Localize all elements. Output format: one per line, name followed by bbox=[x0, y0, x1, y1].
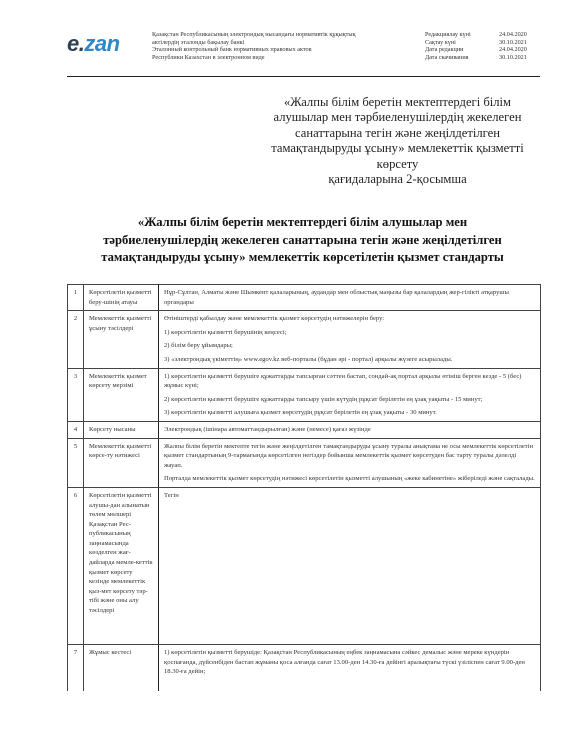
content-paragraph: 2) көрсетілетін қызметті берушіге құжатт… bbox=[164, 395, 535, 405]
table-row: 1Көрсетілетін қызметті беру-шінің атауыН… bbox=[68, 285, 541, 311]
document-header: e.zan Қазақстан Республикасының электрон… bbox=[67, 28, 540, 70]
content-paragraph: 3) көрсетілетін қызметті алушыға қызмет … bbox=[164, 408, 535, 418]
ezan-logo: e.zan bbox=[67, 32, 120, 56]
row-label: Жұмыс кестесі bbox=[84, 644, 159, 691]
content-paragraph: 3) «электрондық үкіметтің» www.egov.kz в… bbox=[164, 355, 535, 365]
date-row: Дата редакции24.04.2020 bbox=[425, 46, 539, 54]
row-content: Нұр-Сұлтан, Алматы және Шымкент қалалары… bbox=[159, 285, 541, 311]
row-content: Тегін bbox=[159, 487, 541, 644]
document-title: «Жалпы білім беретін мектептердегі білім… bbox=[75, 214, 530, 267]
row-number: 2 bbox=[68, 311, 84, 368]
service-standard-table: 1Көрсетілетін қызметті беру-шінің атауыН… bbox=[67, 284, 541, 691]
row-label: Мемлекеттік қызметті ұсыну тәсілдері bbox=[84, 311, 159, 368]
organization-text: Қазақстан Республикасының электрондық ны… bbox=[152, 31, 356, 61]
table-row: 4Көрсету нысаныЭлектрондық (ішінара авто… bbox=[68, 421, 541, 438]
row-label: Көрсету нысаны bbox=[84, 421, 159, 438]
content-paragraph: 1) көрсетілетін қызметті берушінің кеңсе… bbox=[164, 328, 535, 338]
content-paragraph: Тегін bbox=[164, 491, 535, 501]
row-number: 3 bbox=[68, 368, 84, 421]
date-row: Редакциялау күні24.04.2020 bbox=[425, 31, 539, 39]
content-paragraph: Нұр-Сұлтан, Алматы және Шымкент қалалары… bbox=[164, 288, 535, 307]
row-content: Жалпы білім беретін мектепте тегін және … bbox=[159, 438, 541, 487]
row-content: 1) көрсетілетін қызметті берушіде: Қазақ… bbox=[159, 644, 541, 691]
content-paragraph: Электрондық (ішінара автоматтандырылған)… bbox=[164, 425, 535, 435]
document-dates: Редакциялау күні24.04.2020 Сақтау күні30… bbox=[425, 31, 539, 61]
table-row: 2Мемлекеттік қызметті ұсыну тәсілдеріӨті… bbox=[68, 311, 541, 368]
row-number: 6 bbox=[68, 487, 84, 644]
date-row: Сақтау күні30.10.2021 bbox=[425, 39, 539, 47]
row-number: 5 bbox=[68, 438, 84, 487]
table-row: 6Көрсетілетін қызметті алушы-дан алынаты… bbox=[68, 487, 541, 644]
content-paragraph: 2) білім беру ұйымдары; bbox=[164, 341, 535, 351]
header-divider bbox=[67, 76, 540, 77]
content-paragraph: Порталда мемлекеттік қызмет көрсетудің н… bbox=[164, 474, 535, 484]
table-row: 7Жұмыс кестесі1) көрсетілетін қызметті б… bbox=[68, 644, 541, 691]
row-number: 7 bbox=[68, 644, 84, 691]
row-label: Мемлекеттік қызметті көрсе-ту нәтижесі bbox=[84, 438, 159, 487]
row-label: Көрсетілетін қызметті алушы-дан алынатын… bbox=[84, 487, 159, 644]
content-paragraph: 1) көрсетілетін қызметті берушіде: Қазақ… bbox=[164, 648, 535, 677]
row-content: Өтініштерді қабылдау және мемлекеттік қы… bbox=[159, 311, 541, 368]
row-content: Электрондық (ішінара автоматтандырылған)… bbox=[159, 421, 541, 438]
row-label: Көрсетілетін қызметті беру-шінің атауы bbox=[84, 285, 159, 311]
row-content: 1) көрсетілетін қызметті берушіге құжатт… bbox=[159, 368, 541, 421]
content-paragraph: Өтініштерді қабылдау және мемлекеттік қы… bbox=[164, 314, 535, 324]
row-label: Мемлекеттік қызмет көрсету мерзімі bbox=[84, 368, 159, 421]
date-row: Дата скачивания30.10.2021 bbox=[425, 54, 539, 62]
row-number: 1 bbox=[68, 285, 84, 311]
row-number: 4 bbox=[68, 421, 84, 438]
appendix-note: «Жалпы білім беретін мектептердегі білім… bbox=[250, 95, 545, 187]
table-row: 5Мемлекеттік қызметті көрсе-ту нәтижесіЖ… bbox=[68, 438, 541, 487]
content-paragraph: Жалпы білім беретін мектепте тегін және … bbox=[164, 442, 535, 471]
content-paragraph: 1) көрсетілетін қызметті берушіге құжатт… bbox=[164, 372, 535, 391]
table-row: 3Мемлекеттік қызмет көрсету мерзімі1) кө… bbox=[68, 368, 541, 421]
